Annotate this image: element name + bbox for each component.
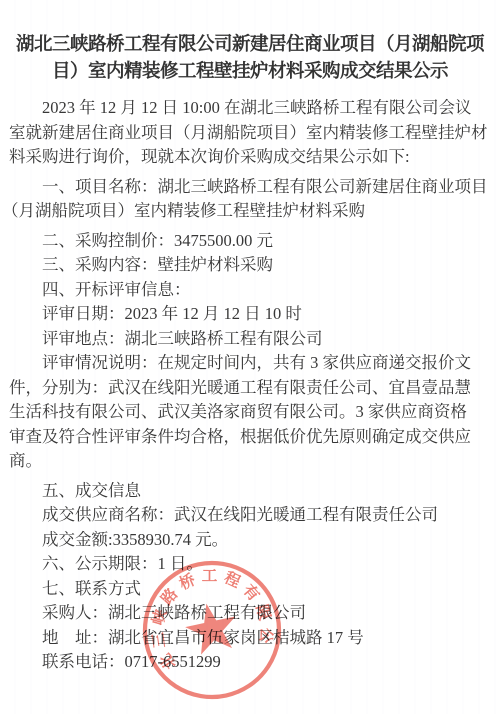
document-body: 2023 年 12 月 12 日 10:00 在湖北三峡路桥工程有限公司会议室就… xyxy=(0,96,500,675)
text-line: 成交供应商名称：武汉在线阳光暖通工程有限责任公司 xyxy=(9,503,492,528)
text-line: 审查及符合性评审条件均合格，根据低价优先原则确定成交供应 xyxy=(9,425,492,450)
text-line: 六、公示期限：1 日。 xyxy=(9,552,492,577)
text-line: 2023 年 12 月 12 日 10:00 在湖北三峡路桥工程有限公司会议 xyxy=(9,96,492,121)
text-line: 室就新建居住商业项目（月湖船院项目）室内精装修工程壁挂炉材 xyxy=(9,121,492,146)
text-line: 二、采购控制价：3475500.00 元 xyxy=(9,229,492,254)
text-line: 件，分别为：武汉在线阳光暖通工程有限责任公司、宜昌壹品慧 xyxy=(9,376,492,401)
text-line: 采购人：湖北三峡路桥工程有限公司 xyxy=(9,601,492,626)
text-line: 成交金额:3358930.74 元。 xyxy=(9,528,492,553)
text-line: 评审地点：湖北三峡路桥工程有限公司 xyxy=(9,327,492,352)
text-line: 五、成交信息 xyxy=(9,479,492,504)
text-line: 评审情况说明：在规定时间内，共有 3 家供应商递交报价文 xyxy=(9,351,492,376)
text-line: 地 址：湖北省宜昌市伍家岗区桔城路 17 号 xyxy=(9,626,492,651)
text-line: 联系电话：0717-6551299 xyxy=(9,650,492,675)
title-line-2: 目）室内精装修工程壁挂炉材料采购成交结果公示 xyxy=(0,59,500,86)
text-line: 评审日期：2023 年 12 月 12 日 10 时 xyxy=(9,302,492,327)
text-line: 生活科技有限公司、武汉美洛家商贸有限公司。3 家供应商资格 xyxy=(9,400,492,425)
text-line: 料采购进行询价，现就本次询价采购成交结果公示如下: xyxy=(9,145,492,170)
text-line: 七、联系方式 xyxy=(9,577,492,602)
text-line: 一、项目名称：湖北三峡路桥工程有限公司新建居住商业项目 xyxy=(9,175,492,200)
text-line: 商。 xyxy=(9,449,492,474)
text-line: 三、采购内容：壁挂炉材料采购 xyxy=(9,253,492,278)
text-line: （月湖船院项目）室内精装修工程壁挂炉材料采购 xyxy=(2,199,492,224)
document-page: 湖北三峡路桥工程有限公司新建居住商业项目（月湖船院项 目）室内精装修工程壁挂炉材… xyxy=(0,0,500,714)
document-title: 湖北三峡路桥工程有限公司新建居住商业项目（月湖船院项 目）室内精装修工程壁挂炉材… xyxy=(0,0,500,86)
title-line-1: 湖北三峡路桥工程有限公司新建居住商业项目（月湖船院项 xyxy=(0,32,500,59)
text-line: 四、开标评审信息： xyxy=(9,278,492,303)
